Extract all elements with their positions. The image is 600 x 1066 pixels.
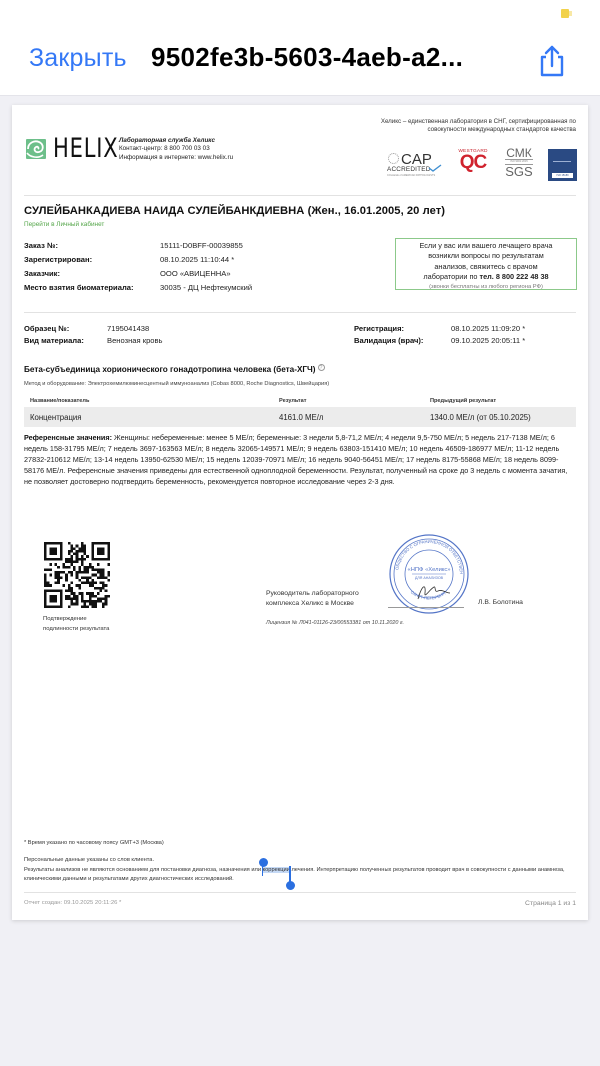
material-type: Венозная кровь: [107, 335, 163, 347]
reference-values: Референсные значения: Женщины: неберемен…: [24, 432, 577, 487]
sample-details-right: Регистрация:08.10.2025 11:09:20 * Валида…: [354, 323, 525, 347]
order-number-row: Заказ №: 15111-D0BFF-00039855: [24, 239, 252, 253]
table-row: Концентрация 4161.0 МЕ/л 1340.0 МЕ/л (от…: [24, 407, 576, 427]
results-table: Название/показатель Результат Предыдущий…: [24, 395, 576, 427]
patient-name: СУЛЕЙБАНКАДИЕВА НАИДА СУЛЕЙБАНКДИЕВНА (Ж…: [24, 205, 445, 217]
doctor-phone[interactable]: тел. 8 800 222 48 38: [480, 272, 549, 281]
registered-row: Зарегистрирован: 08.10.2025 11:10:44 *: [24, 253, 252, 267]
test-method: Метод и оборудование: Электрохемилюминес…: [24, 381, 329, 387]
global-standard-logo: ISO 15189: [548, 149, 577, 181]
signature-line: [388, 607, 464, 608]
lab-contact-phone: Контакт-центр: 8 800 700 03 03: [119, 145, 233, 153]
qr-caption: Подтверждение подлинности результата: [43, 615, 109, 634]
close-button[interactable]: Закрыть: [29, 44, 127, 73]
order-details: Заказ №: 15111-D0BFF-00039855 Зарегистри…: [24, 239, 252, 295]
helix-logo-icon: [24, 137, 48, 161]
sample-number: 7195041438: [107, 323, 149, 335]
sample-details-left: Образец №:7195041438 Вид материала:Веноз…: [24, 323, 163, 347]
cap-accredited-logo: CAP ACCREDITED COLLEGE of AMERICAN PATHO…: [386, 151, 444, 179]
result-value: 4161.0 МЕ/л: [279, 413, 430, 422]
signer-role: Руководитель лабораторного комплекса Хел…: [266, 589, 359, 609]
official-stamp: ОБЩЕСТВО С ОГРАНИЧЕННОЙ ОТВЕТСТВЕННОСТЬЮ…: [388, 533, 470, 615]
westgard-qc-logo: WESTGARD QC: [456, 149, 490, 179]
report-created-time: Отчет создан: 09.10.2025 20:11:26 *: [24, 900, 121, 906]
cap-seal-icon: [388, 153, 399, 164]
signer-name: Л.В. Болотина: [478, 599, 523, 606]
selection-start-handle[interactable]: [259, 858, 268, 867]
text-selection[interactable]: коррекции: [263, 867, 290, 873]
doctor-contact-box: Если у вас или вашего лечащего врача воз…: [395, 238, 577, 290]
certification-logos: CAP ACCREDITED COLLEGE of AMERICAN PATHO…: [386, 147, 578, 183]
personal-cabinet-link[interactable]: Перейти в Личный кабинет: [24, 221, 104, 228]
logo-wordmark: HELIX: [53, 135, 118, 162]
svg-text:«НПФ «Хеликс»: «НПФ «Хеликс»: [407, 567, 450, 573]
previous-result: 1340.0 МЕ/л (от 05.10.2025): [430, 413, 576, 422]
validation-time: 09.10.2025 20:05:11 *: [451, 335, 525, 347]
divider: [24, 892, 576, 893]
divider: [24, 195, 576, 196]
selection-end-handle[interactable]: [286, 881, 295, 890]
document-title: 9502fe3b-5603-4aeb-a2...: [151, 42, 463, 73]
certification-text: Хеликс – единственная лаборатория в СНГ,…: [376, 118, 576, 134]
sgs-logo: СМК ISO 9001:2015 SGS: [505, 147, 533, 183]
lab-website: Информация в интернете: www.helix.ru: [119, 154, 233, 162]
collection-site-row: Место взятия биоматериала: 30035 - ДЦ Не…: [24, 281, 252, 295]
svg-text:ДЛЯ АНАЛИЗОВ: ДЛЯ АНАЛИЗОВ: [415, 576, 444, 580]
divider: [24, 312, 576, 313]
registration-time: 08.10.2025 11:09:20 *: [451, 323, 525, 335]
lab-report-page: HELIX Лабораторная служба Хеликс Контакт…: [12, 105, 588, 920]
timezone-note: * Время указано по часовому поясу GMT+3 …: [24, 840, 164, 846]
customer-row: Заказчик: ООО «АВИЦЕННА»: [24, 267, 252, 281]
share-icon[interactable]: [536, 44, 568, 78]
lab-contact-info: Лабораторная служба Хеликс Контакт-центр…: [119, 137, 233, 162]
top-navigation-bar: Закрыть 9502fe3b-5603-4aeb-a2...: [0, 0, 600, 96]
page-counter: Страница 1 из 1: [525, 900, 576, 907]
qr-code[interactable]: [44, 542, 110, 608]
lab-name: Лабораторная служба Хеликс: [119, 137, 233, 145]
info-icon[interactable]: ?: [318, 364, 325, 371]
disclaimer: Персональные данные указаны со слов клие…: [24, 856, 580, 885]
license-number: Лицензия № Л041-01126-23/00553381 от 10.…: [266, 620, 404, 626]
checkmark-icon: [428, 164, 442, 172]
battery-status-icon: [561, 9, 569, 18]
test-title: Бета-субъединица хорионического гонадотр…: [24, 364, 325, 374]
table-header: Название/показатель Результат Предыдущий…: [24, 395, 576, 407]
